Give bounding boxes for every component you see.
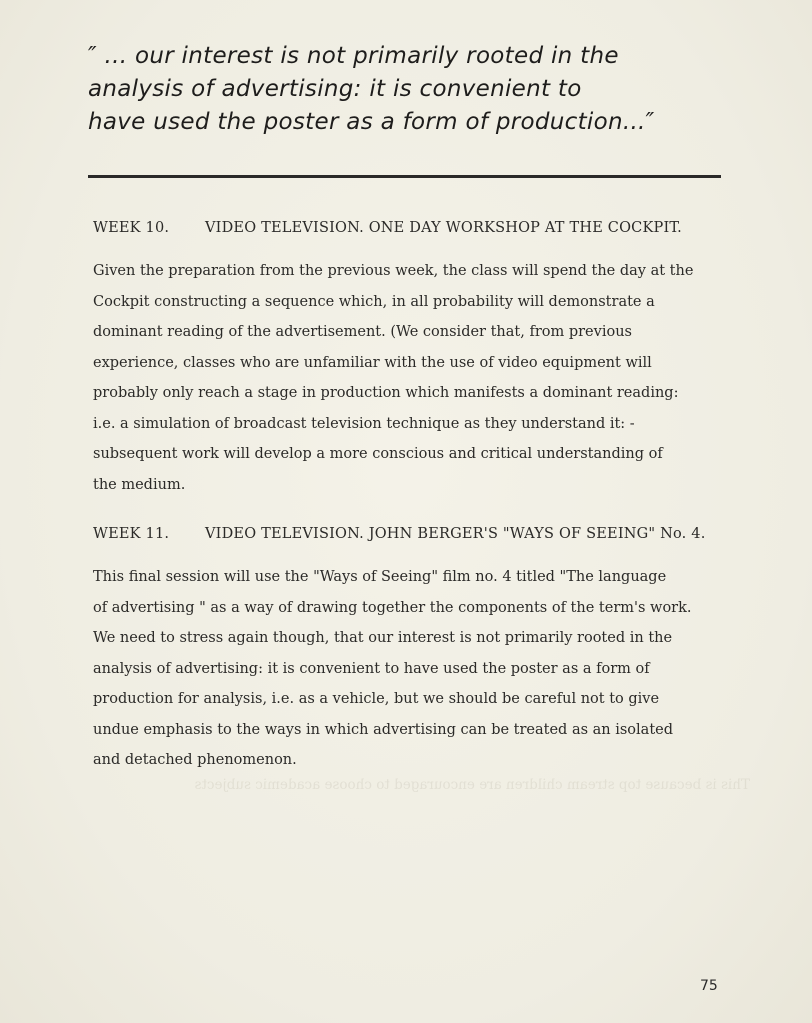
week-label: WEEK 10. bbox=[93, 220, 205, 236]
week-label: WEEK 11. bbox=[93, 526, 205, 542]
page-number: 75 bbox=[700, 978, 718, 994]
body-line: of advertising " as a way of drawing tog… bbox=[93, 593, 743, 624]
section-heading-week-11: WEEK 11.VIDEO TELEVISION. JOHN BERGER'S … bbox=[93, 526, 706, 542]
section-title: VIDEO TELEVISION. ONE DAY WORKSHOP AT TH… bbox=[205, 220, 682, 236]
section-body-week-11: This final session will use the "Ways of… bbox=[93, 562, 743, 776]
body-line: analysis of advertising: it is convenien… bbox=[93, 654, 743, 685]
body-line: Cockpit constructing a sequence which, i… bbox=[93, 287, 743, 318]
quote-line: analysis of advertising: it is convenien… bbox=[88, 73, 768, 106]
body-line: subsequent work will develop a more cons… bbox=[93, 439, 743, 470]
body-line: production for analysis, i.e. as a vehic… bbox=[93, 684, 743, 715]
body-line: dominant reading of the advertisement. (… bbox=[93, 317, 743, 348]
section-heading-week-10: WEEK 10.VIDEO TELEVISION. ONE DAY WORKSH… bbox=[93, 220, 682, 236]
handwritten-quote: ″ ... our interest is not primarily root… bbox=[88, 40, 768, 139]
body-line: undue emphasis to the ways in which adve… bbox=[93, 715, 743, 746]
body-line: Given the preparation from the previous … bbox=[93, 256, 743, 287]
body-line: i.e. a simulation of broadcast televisio… bbox=[93, 409, 743, 440]
horizontal-rule bbox=[88, 175, 721, 178]
document-page: This is because top stream children are … bbox=[0, 0, 812, 1023]
quote-line: have used the poster as a form of produc… bbox=[88, 106, 768, 139]
section-body-week-10: Given the preparation from the previous … bbox=[93, 256, 743, 500]
body-line: This final session will use the "Ways of… bbox=[93, 562, 743, 593]
body-line: the medium. bbox=[93, 470, 743, 501]
body-line: We need to stress again though, that our… bbox=[93, 623, 743, 654]
body-line: probably only reach a stage in productio… bbox=[93, 378, 743, 409]
body-line: experience, classes who are unfamiliar w… bbox=[93, 348, 743, 379]
quote-line: ″ ... our interest is not primarily root… bbox=[88, 40, 768, 73]
body-line: and detached phenomenon. bbox=[93, 745, 743, 776]
section-title: VIDEO TELEVISION. JOHN BERGER'S "WAYS OF… bbox=[205, 526, 706, 542]
